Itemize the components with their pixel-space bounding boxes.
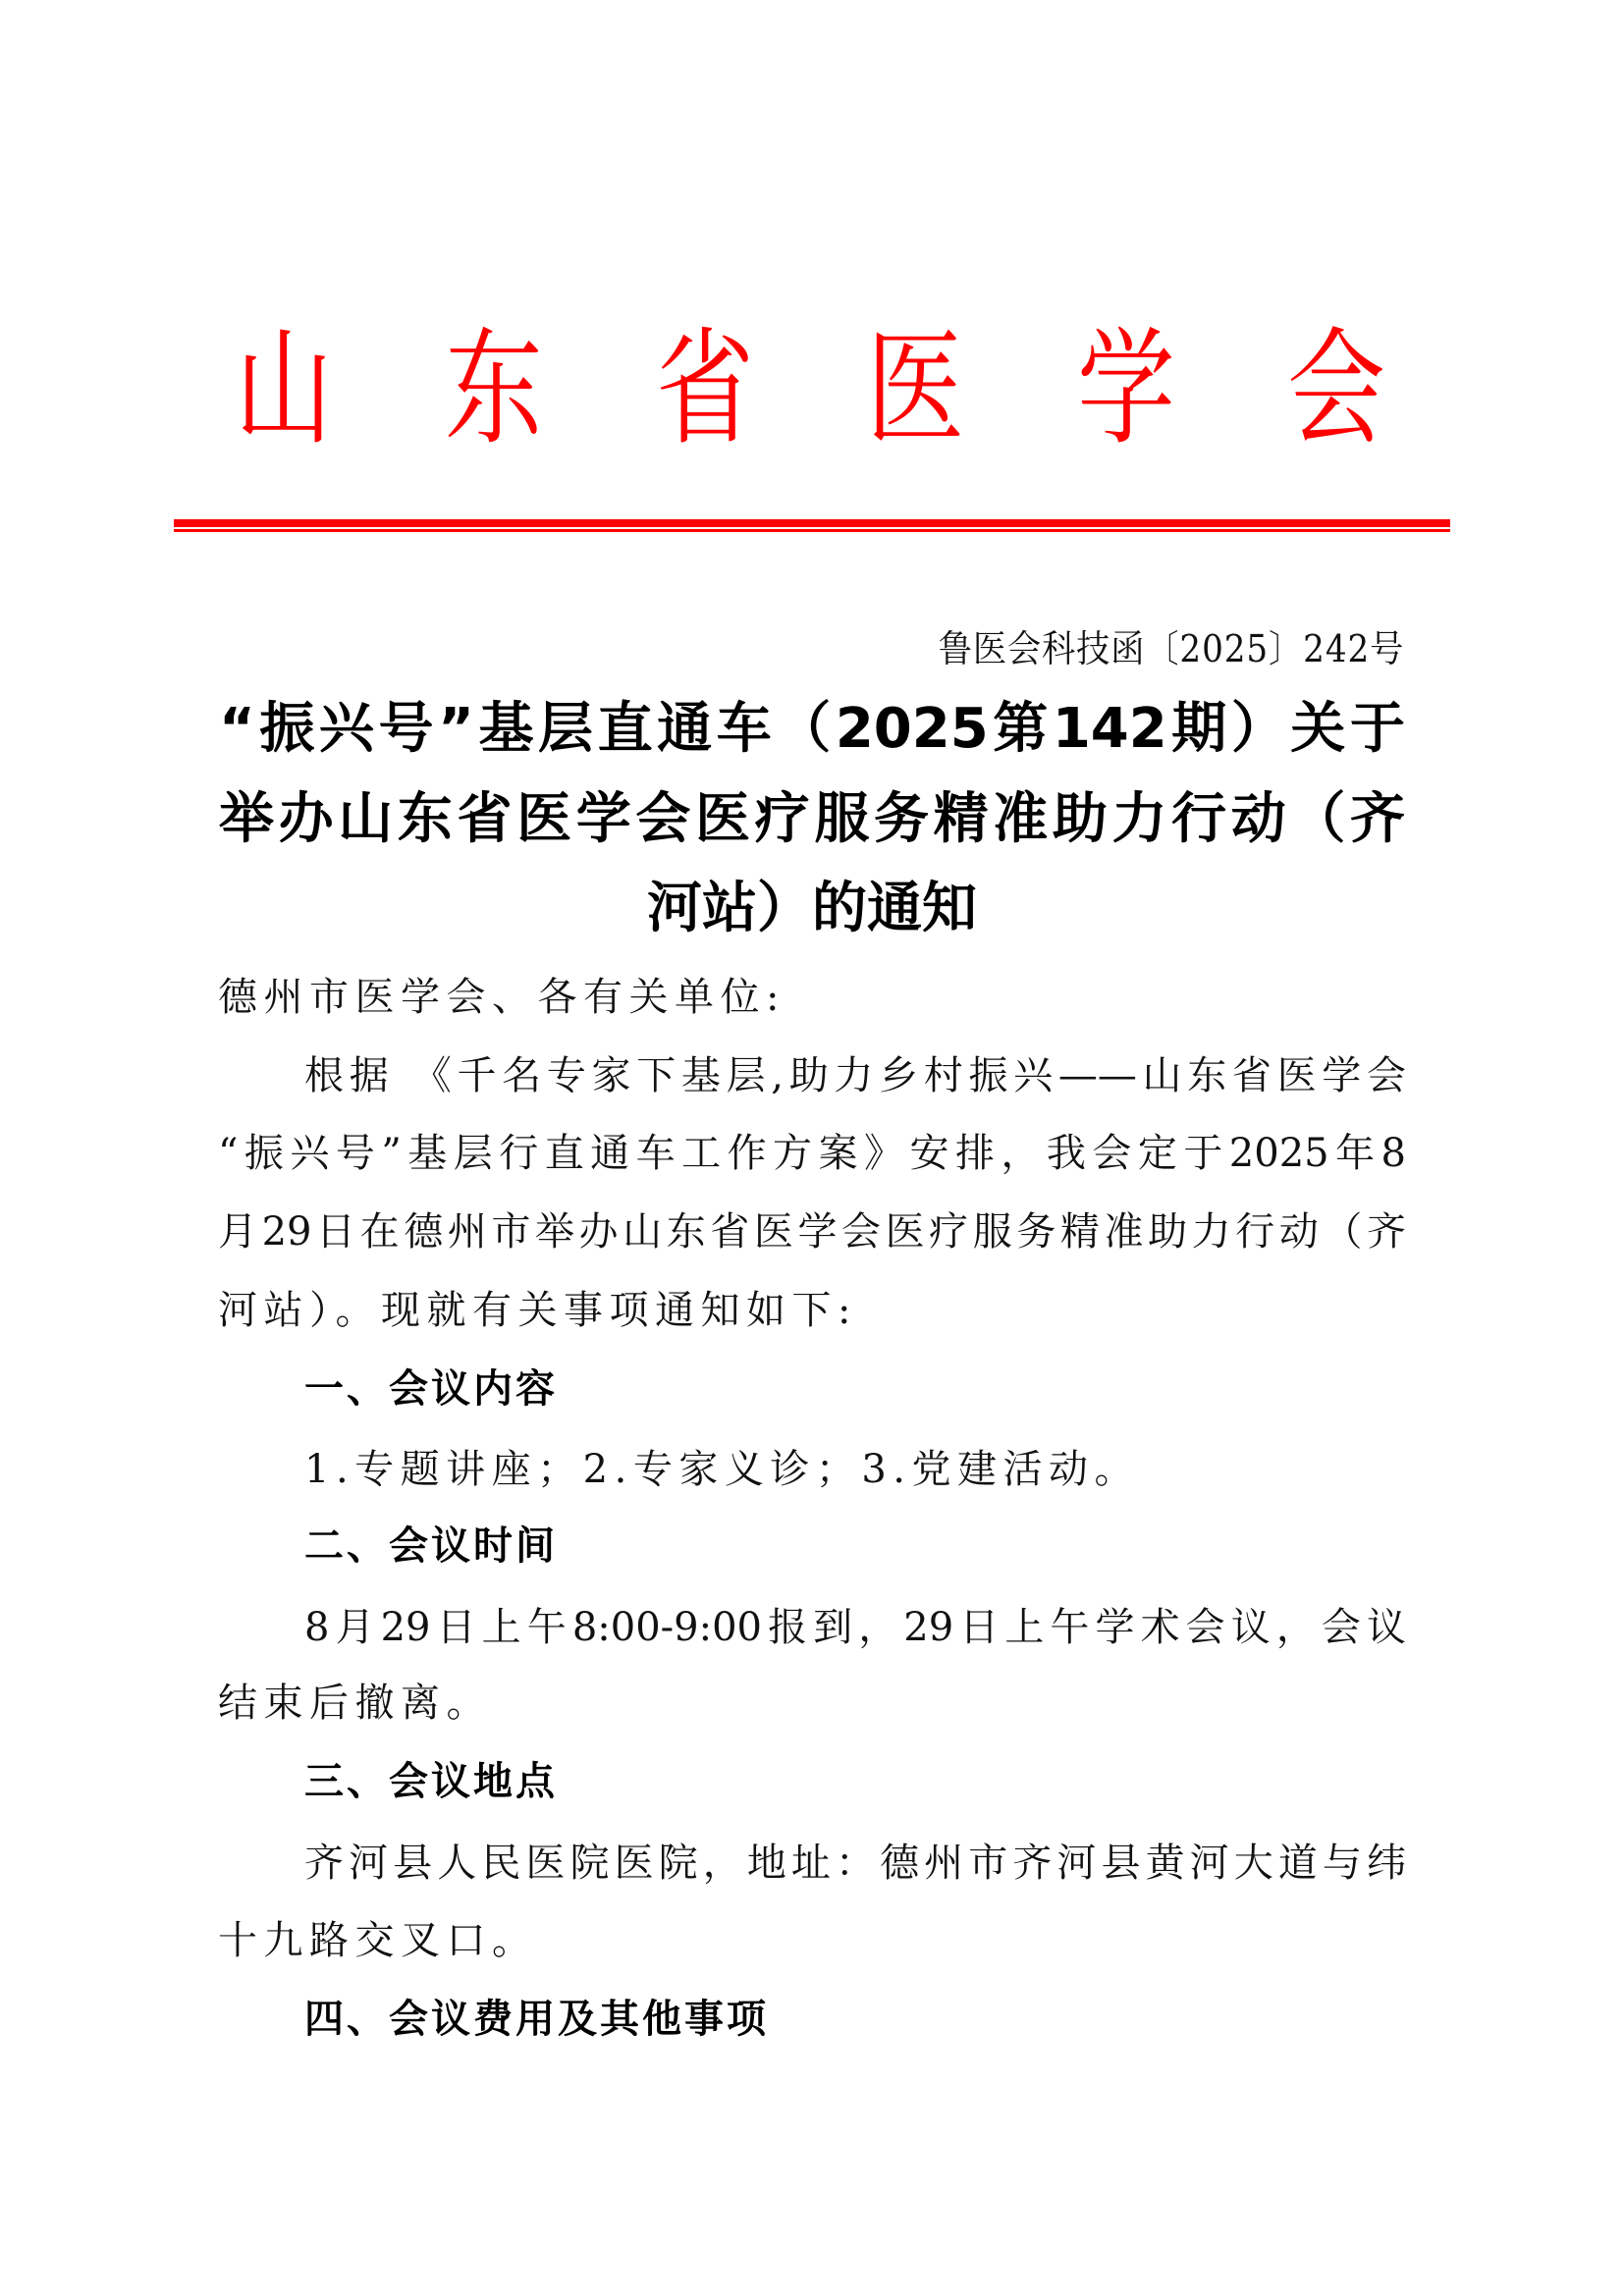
document-title-line-3: 河站）的通知 xyxy=(219,875,1405,943)
org-name-char: 医 xyxy=(866,316,964,463)
letterhead-org-name: 山 东 省 医 学 会 xyxy=(221,316,1399,463)
section-heading-location: 三、会议地点 xyxy=(304,1752,1406,1811)
section-content-line: 1.专题讲座；2.专家义诊；3.党建活动。 xyxy=(304,1440,1406,1499)
document-title-line-1: “振兴号”基层直通车（2025第142期）关于 xyxy=(219,695,1405,764)
org-name-char: 省 xyxy=(656,316,754,463)
salutation: 德州市医学会、各有关单位: xyxy=(218,968,1406,1027)
letterhead-rule-thin xyxy=(174,529,1450,532)
document-page: 山 东 省 医 学 会 鲁医会科技函〔2025〕242号 “振兴号”基层直通车（… xyxy=(0,0,1624,2296)
org-name-char: 会 xyxy=(1287,316,1385,463)
section-heading-time: 二、会议时间 xyxy=(304,1517,1406,1575)
paragraph-line: 根据 《千名专家下基层,助力乡村振兴——山东省医学会 xyxy=(304,1046,1406,1105)
section-time-line: 8月29日上午8:00-9:00报到，29日上午学术会议，会议 xyxy=(304,1598,1406,1657)
paragraph-line: 月29日在德州市举办山东省医学会医疗服务精准助力行动（齐 xyxy=(218,1202,1406,1261)
org-name-char: 山 xyxy=(235,316,333,463)
document-number: 鲁医会科技函〔2025〕242号 xyxy=(938,624,1404,673)
letterhead-rule-thick xyxy=(174,519,1450,527)
org-name-char: 学 xyxy=(1077,316,1175,463)
section-location-line: 十九路交叉口。 xyxy=(218,1911,1406,1970)
section-location-line: 齐河县人民医院医院，地址：德州市齐河县黄河大道与纬 xyxy=(304,1834,1406,1893)
section-heading-content: 一、会议内容 xyxy=(304,1360,1406,1418)
section-time-line: 结束后撤离。 xyxy=(218,1674,1406,1733)
document-title-line-2: 举办山东省医学会医疗服务精准助力行动（齐 xyxy=(219,785,1405,854)
section-heading-fees: 四、会议费用及其他事项 xyxy=(304,1990,1406,2049)
paragraph-line: 河站）。现就有关事项通知如下: xyxy=(218,1281,1406,1340)
paragraph-line: “振兴号”基层行直通车工作方案》安排，我会定于2025年8 xyxy=(218,1124,1406,1183)
org-name-char: 东 xyxy=(445,316,543,463)
